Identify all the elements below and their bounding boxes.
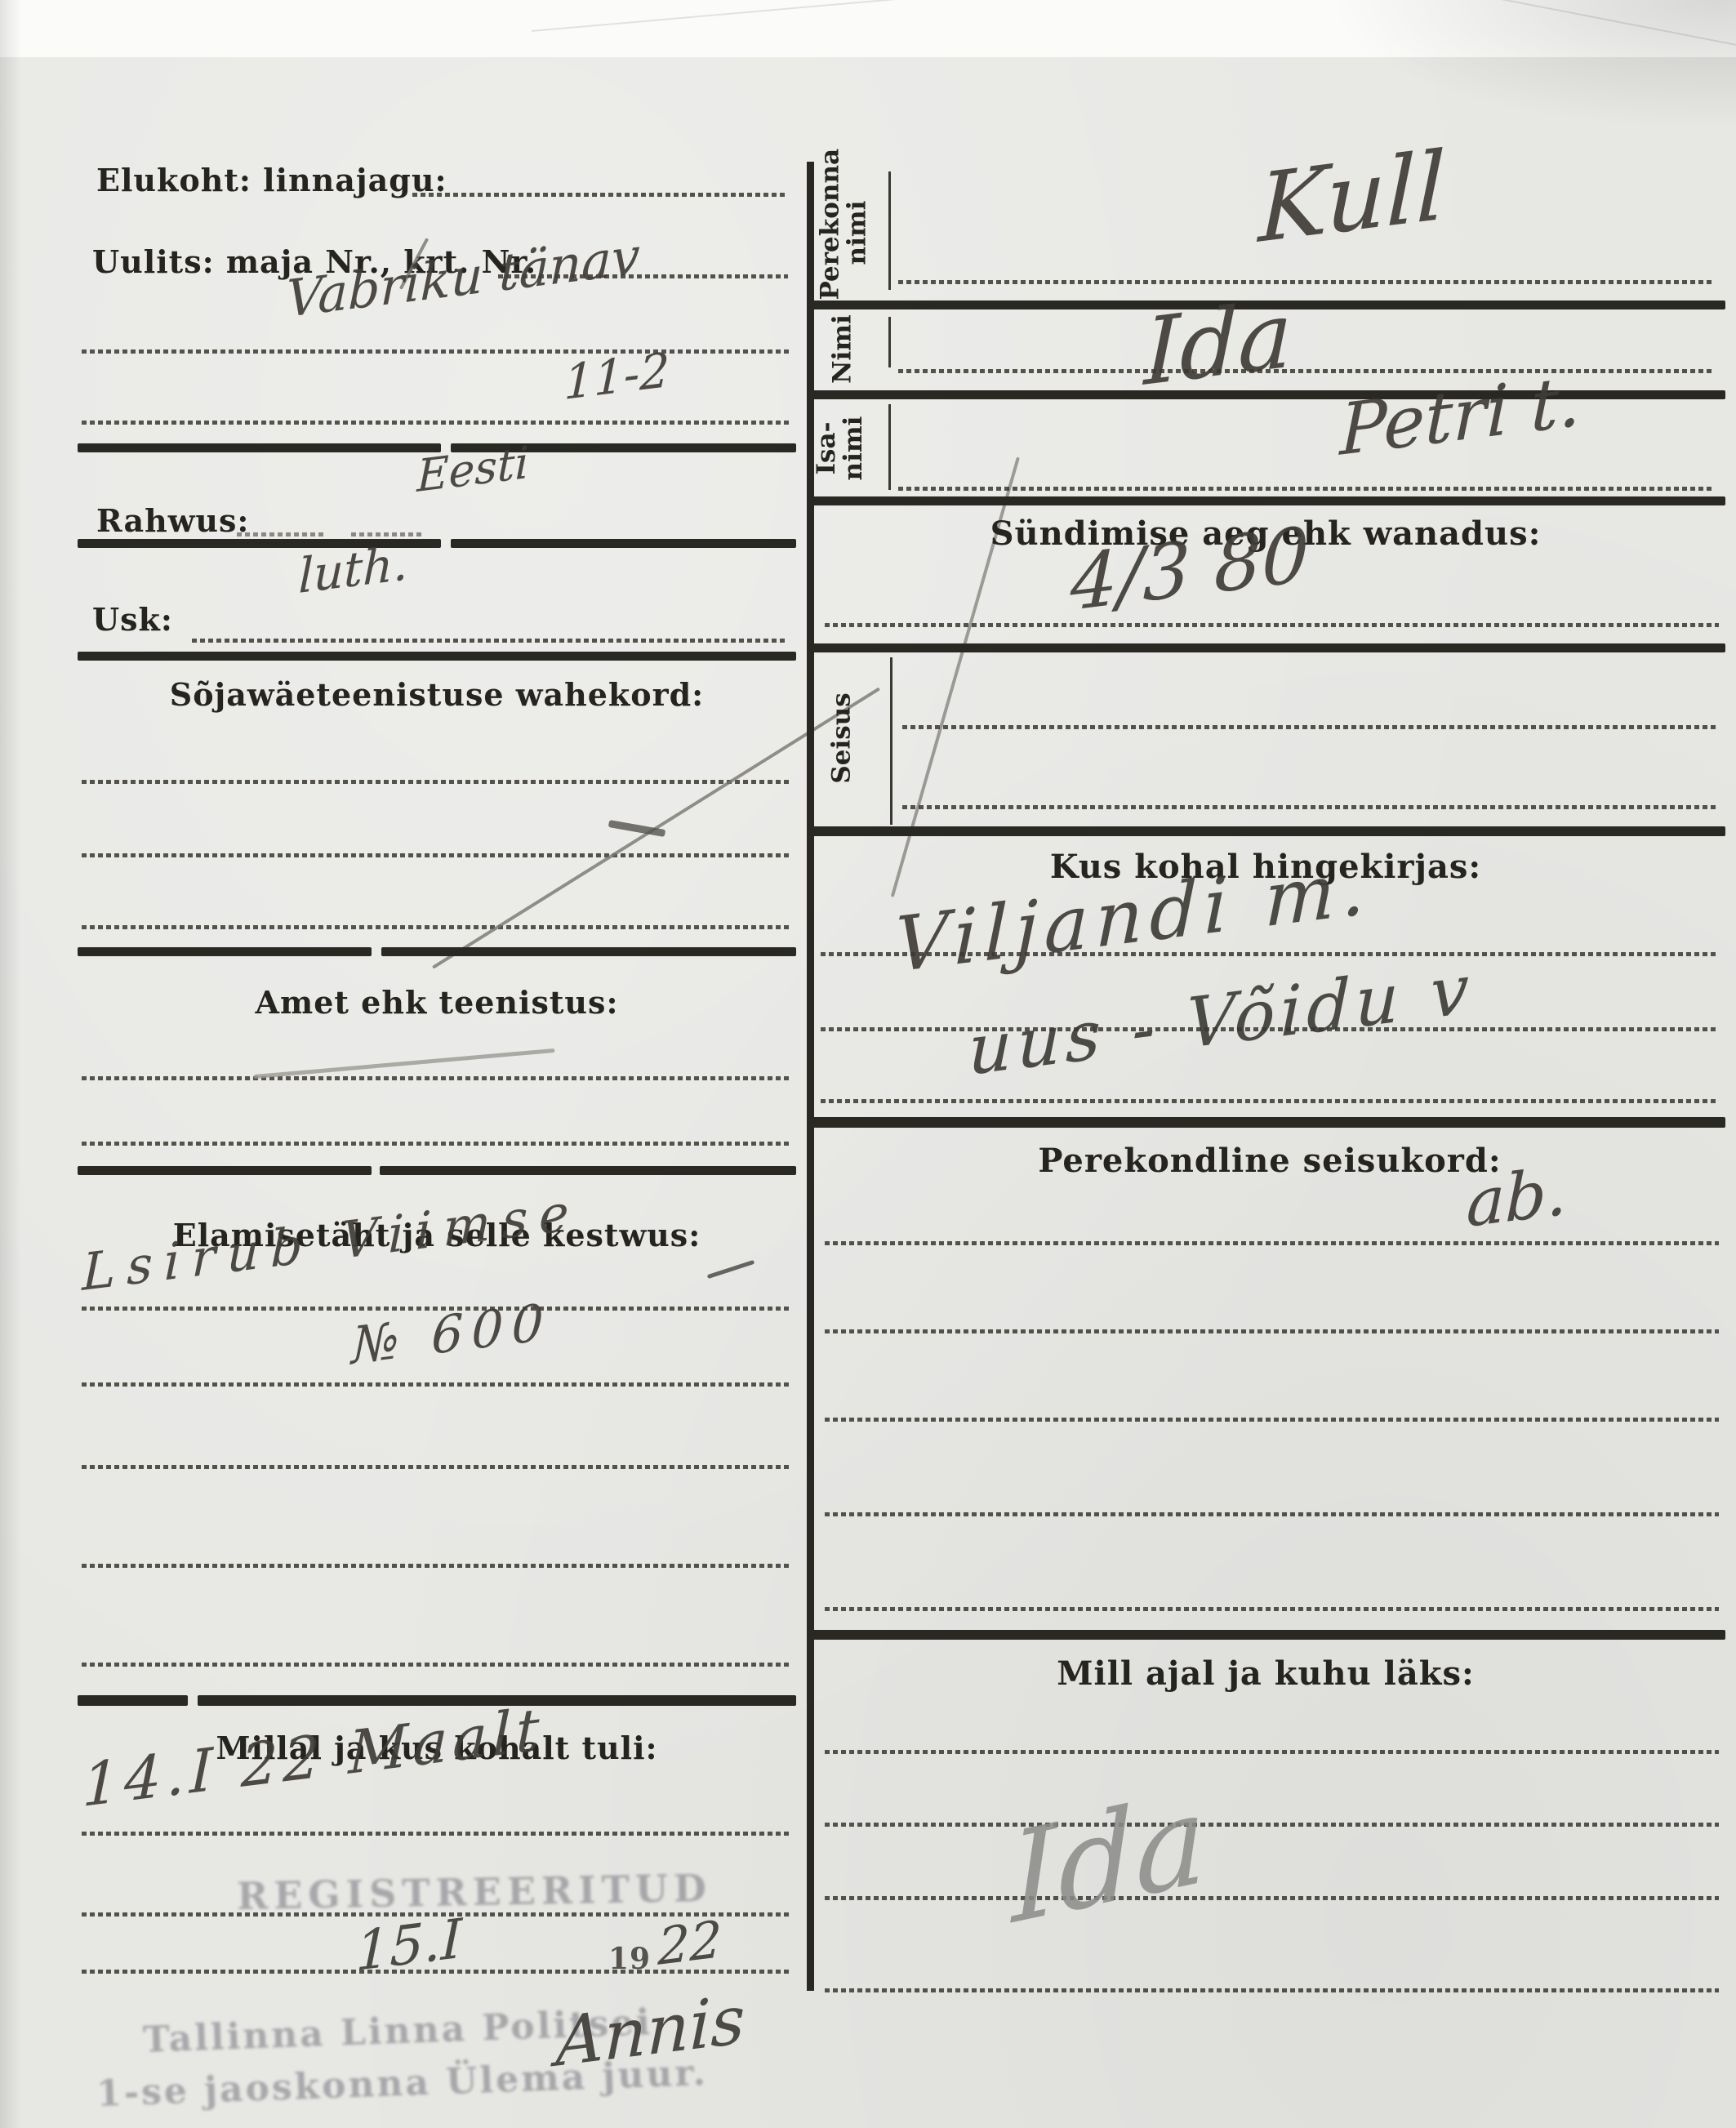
millajal-label: Mill ajal ja kuhu läks:	[857, 1654, 1674, 1693]
dotted-line	[82, 1076, 792, 1080]
separator-bar	[78, 652, 796, 661]
amet-label: Amet ehk teenistus:	[78, 984, 796, 1021]
separator-bar	[78, 947, 372, 956]
separator-bar	[811, 1630, 1725, 1640]
dotted-line	[825, 1823, 1719, 1827]
clerk-signature: Annis	[555, 1981, 746, 2082]
label-rule	[890, 657, 892, 825]
pen-tick	[707, 1260, 755, 1279]
dotted-line	[82, 780, 792, 784]
elamisetaht-number: № 600	[351, 1291, 552, 1376]
dotted-line	[192, 639, 788, 643]
separator-bar	[811, 643, 1725, 652]
label-rule	[888, 317, 891, 367]
registration-card: Elukoht: linnajagu: Uulits: maja Nr., kr…	[0, 0, 1736, 2128]
dotted-line	[82, 1142, 792, 1146]
usk-label: Usk:	[92, 601, 173, 638]
isanimi-entry: Petri t.	[1339, 360, 1582, 472]
dotted-line	[821, 1027, 1719, 1031]
perekonnanimi-entry: Kull	[1257, 131, 1447, 265]
separator-bar	[78, 1166, 372, 1175]
dotted-line	[82, 853, 792, 857]
separator-bar	[381, 947, 796, 956]
nimi-label-text: Nimi	[828, 314, 857, 384]
dotted-line	[82, 1465, 792, 1469]
dotted-line	[825, 623, 1719, 627]
seisus-label-text: Seisus	[827, 692, 857, 783]
dotted-line	[902, 805, 1719, 809]
dotted-line	[237, 532, 327, 536]
dotted-line	[412, 193, 788, 197]
dotted-line	[82, 1970, 792, 1974]
pencil-dash	[253, 1048, 554, 1079]
dotted-line	[82, 1382, 792, 1387]
perekonnanimi-label-line1: Perekonna	[816, 149, 845, 301]
dotted-line	[902, 725, 1719, 729]
dotted-line	[821, 1099, 1719, 1103]
dotted-line	[82, 1832, 792, 1836]
elukoht-label: Elukoht: linnajagu:	[96, 162, 447, 198]
nimi-entry: Ida	[1143, 281, 1293, 407]
dotted-line	[825, 1896, 1719, 1900]
isanimi-label: Isa- nimi	[813, 391, 877, 505]
perekonnanimi-label-line2: nimi	[842, 201, 871, 265]
perekonnanimi-label: Perekonna nimi	[817, 166, 883, 301]
registered-stamp: REGISTREERITUD	[237, 1866, 713, 1918]
dotted-line	[825, 1329, 1719, 1333]
separator-bar	[811, 1117, 1725, 1128]
dotted-line	[825, 1512, 1719, 1516]
isanimi-label-line2: nimi	[839, 416, 868, 481]
dotted-line	[825, 1241, 1719, 1245]
dotted-line	[351, 532, 425, 536]
label-rule	[888, 404, 891, 490]
dotted-line	[825, 1988, 1719, 1992]
dotted-line	[825, 1418, 1719, 1422]
dotted-line	[82, 421, 792, 425]
millal-entry: 14.I 22 Maalt	[82, 1694, 545, 1820]
dotted-line	[82, 1564, 792, 1568]
year-entry: 22	[657, 1909, 723, 1977]
nimi-label: Nimi	[830, 301, 866, 398]
dotted-line	[82, 925, 792, 929]
separator-bar	[380, 1166, 796, 1175]
street-entry: Vabriku tänav	[286, 225, 640, 329]
torn-corner-shading	[1328, 0, 1736, 131]
dotted-line	[821, 952, 1719, 956]
label-rule	[888, 171, 891, 290]
perekondline-entry: ab.	[1466, 1153, 1568, 1242]
dotted-line	[898, 369, 1715, 373]
separator-bar	[811, 496, 1725, 505]
house-entry: 11-2	[563, 341, 670, 411]
dotted-line	[825, 1750, 1719, 1754]
separator-bar	[451, 539, 796, 548]
dotted-line	[898, 280, 1715, 284]
seisus-label: Seisus	[829, 679, 871, 798]
dotted-line	[898, 487, 1715, 491]
separator-bar	[78, 443, 441, 452]
pencil-tick	[608, 820, 665, 837]
rahwus-label: Rahwus:	[96, 502, 249, 539]
dotted-line	[82, 349, 792, 354]
pencil-signature: Ida	[1008, 1766, 1209, 1952]
dotted-line	[82, 1663, 792, 1667]
elamisetaht-entry: Lsirub Viimse	[82, 1181, 581, 1302]
rough-left-edge	[0, 0, 21, 2128]
separator-bar	[811, 826, 1725, 836]
isanimi-label-line1: Isa-	[812, 422, 841, 475]
dotted-line	[825, 1607, 1719, 1611]
separator-bar	[811, 390, 1725, 399]
separator-bar	[78, 1695, 188, 1706]
sojawae-label: Sõjawäeteenistuse wahekord:	[78, 676, 796, 713]
